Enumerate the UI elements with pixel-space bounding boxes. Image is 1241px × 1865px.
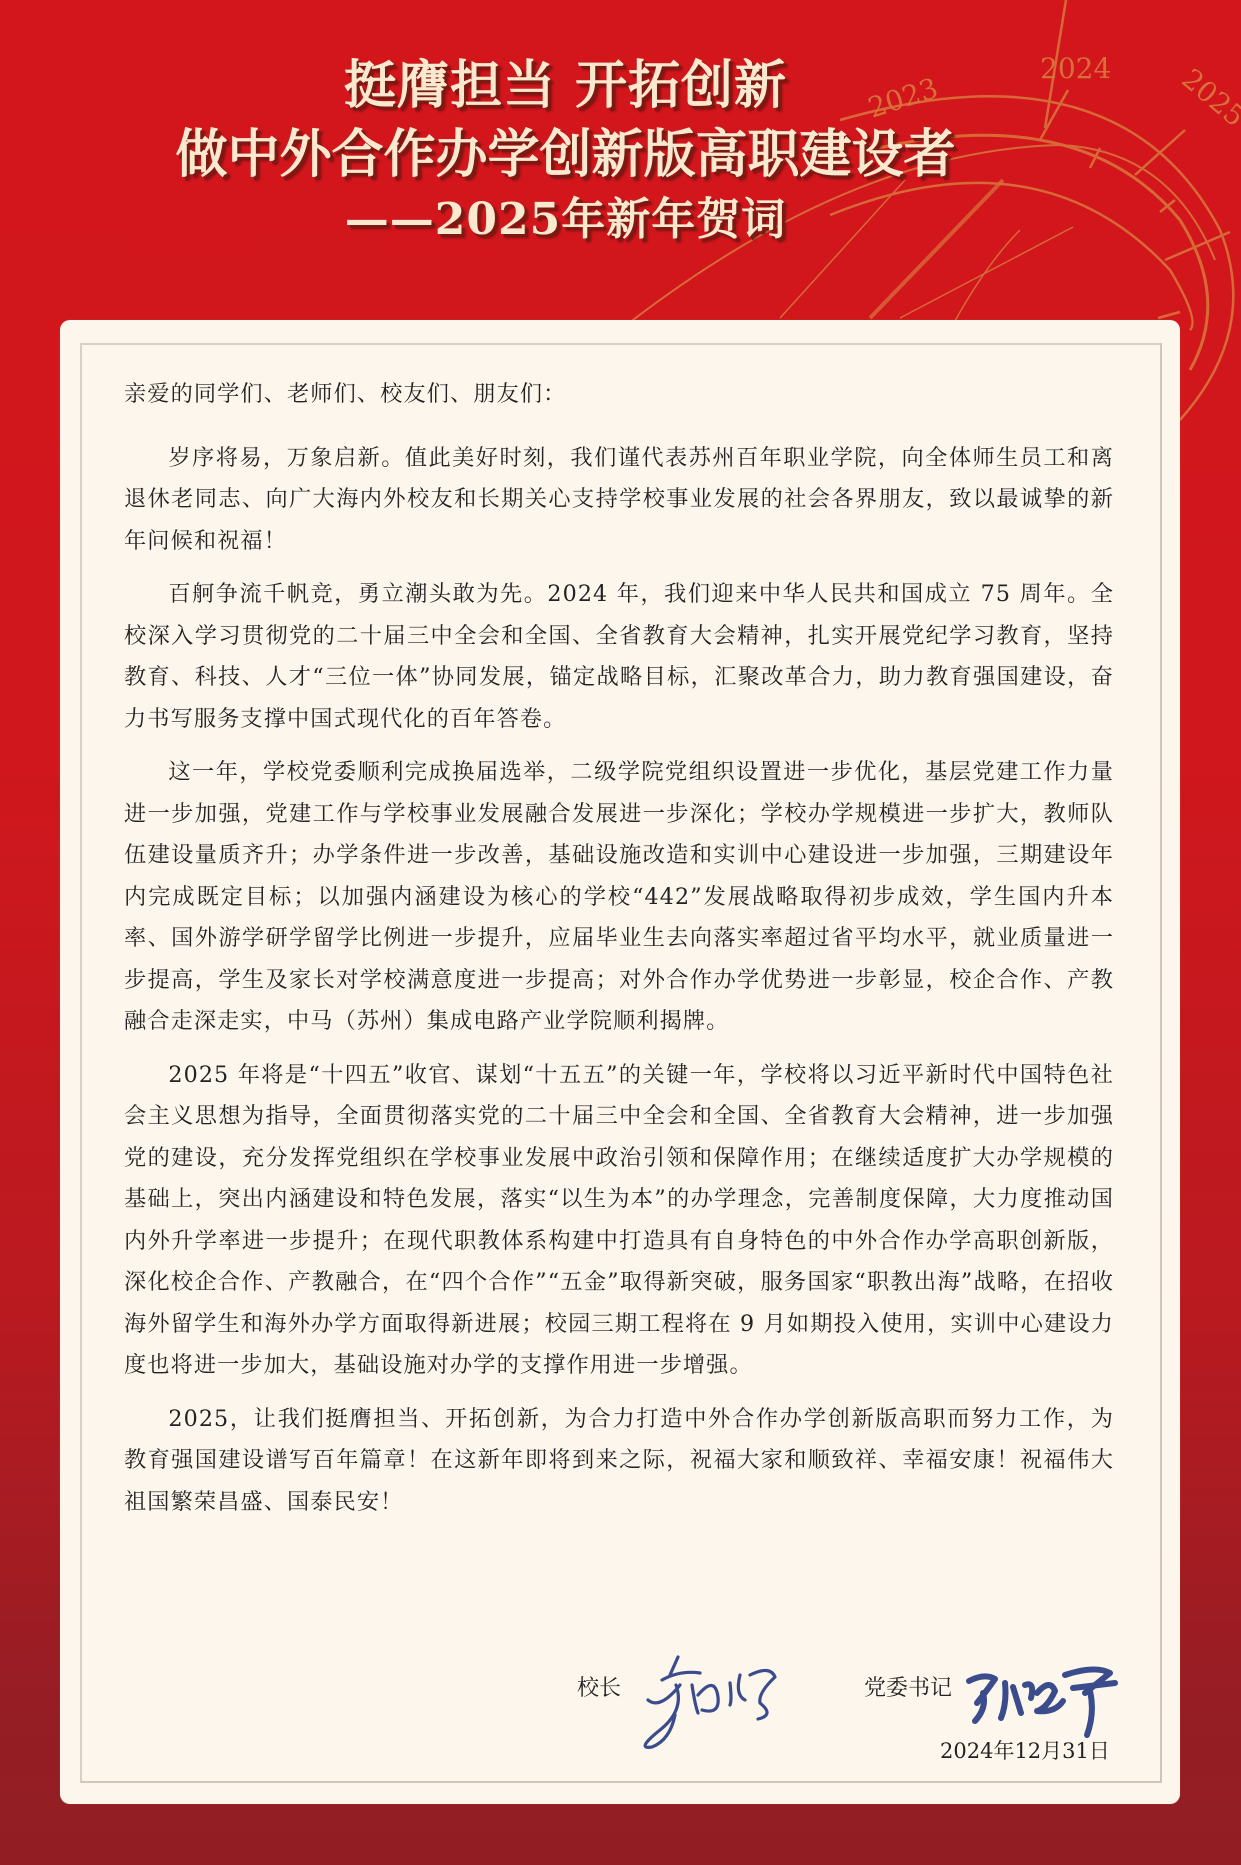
paragraph-5: 2025，让我们挺膺担当、开拓创新，为合力打造中外合作办学创新版高职而努力工作，…	[124, 1399, 1114, 1524]
paragraph-3: 这一年，学校党委顺利完成换届选举，二级学院党组织设置进一步优化，基层党建工作力量…	[124, 752, 1114, 1043]
president-signature-icon	[640, 1655, 790, 1755]
paragraph-1: 岁序将易，万象启新。值此美好时刻，我们谨代表苏州百年职业学院，向全体师生员工和离…	[124, 438, 1114, 563]
paragraph-2: 百舸争流千帆竞，勇立潮头敢为先。2024 年，我们迎来中华人民共和国成立 75 …	[124, 574, 1114, 740]
headline: 挺膺担当 开拓创新 做中外合作办学创新版高职建设者 ——2025年新年贺词	[0, 55, 1241, 249]
president-label: 校长	[577, 1671, 621, 1702]
letter-date: 2024年12月31日	[940, 1735, 1110, 1765]
headline-line-3: ——2025年新年贺词	[0, 191, 1241, 249]
paragraph-4: 2025 年将是“十四五”收官、谋划“十五五”的关键一年，学校将以习近平新时代中…	[124, 1055, 1114, 1387]
salutation: 亲爱的同学们、老师们、校友们、朋友们：	[124, 374, 1114, 416]
letter-body: 亲爱的同学们、老师们、校友们、朋友们： 岁序将易，万象启新。值此美好时刻，我们谨…	[124, 374, 1114, 1535]
headline-line-1: 挺膺担当 开拓创新	[0, 55, 1241, 117]
secretary-label: 党委书记	[864, 1671, 952, 1702]
headline-line-2: 做中外合作办学创新版高职建设者	[0, 123, 1241, 187]
